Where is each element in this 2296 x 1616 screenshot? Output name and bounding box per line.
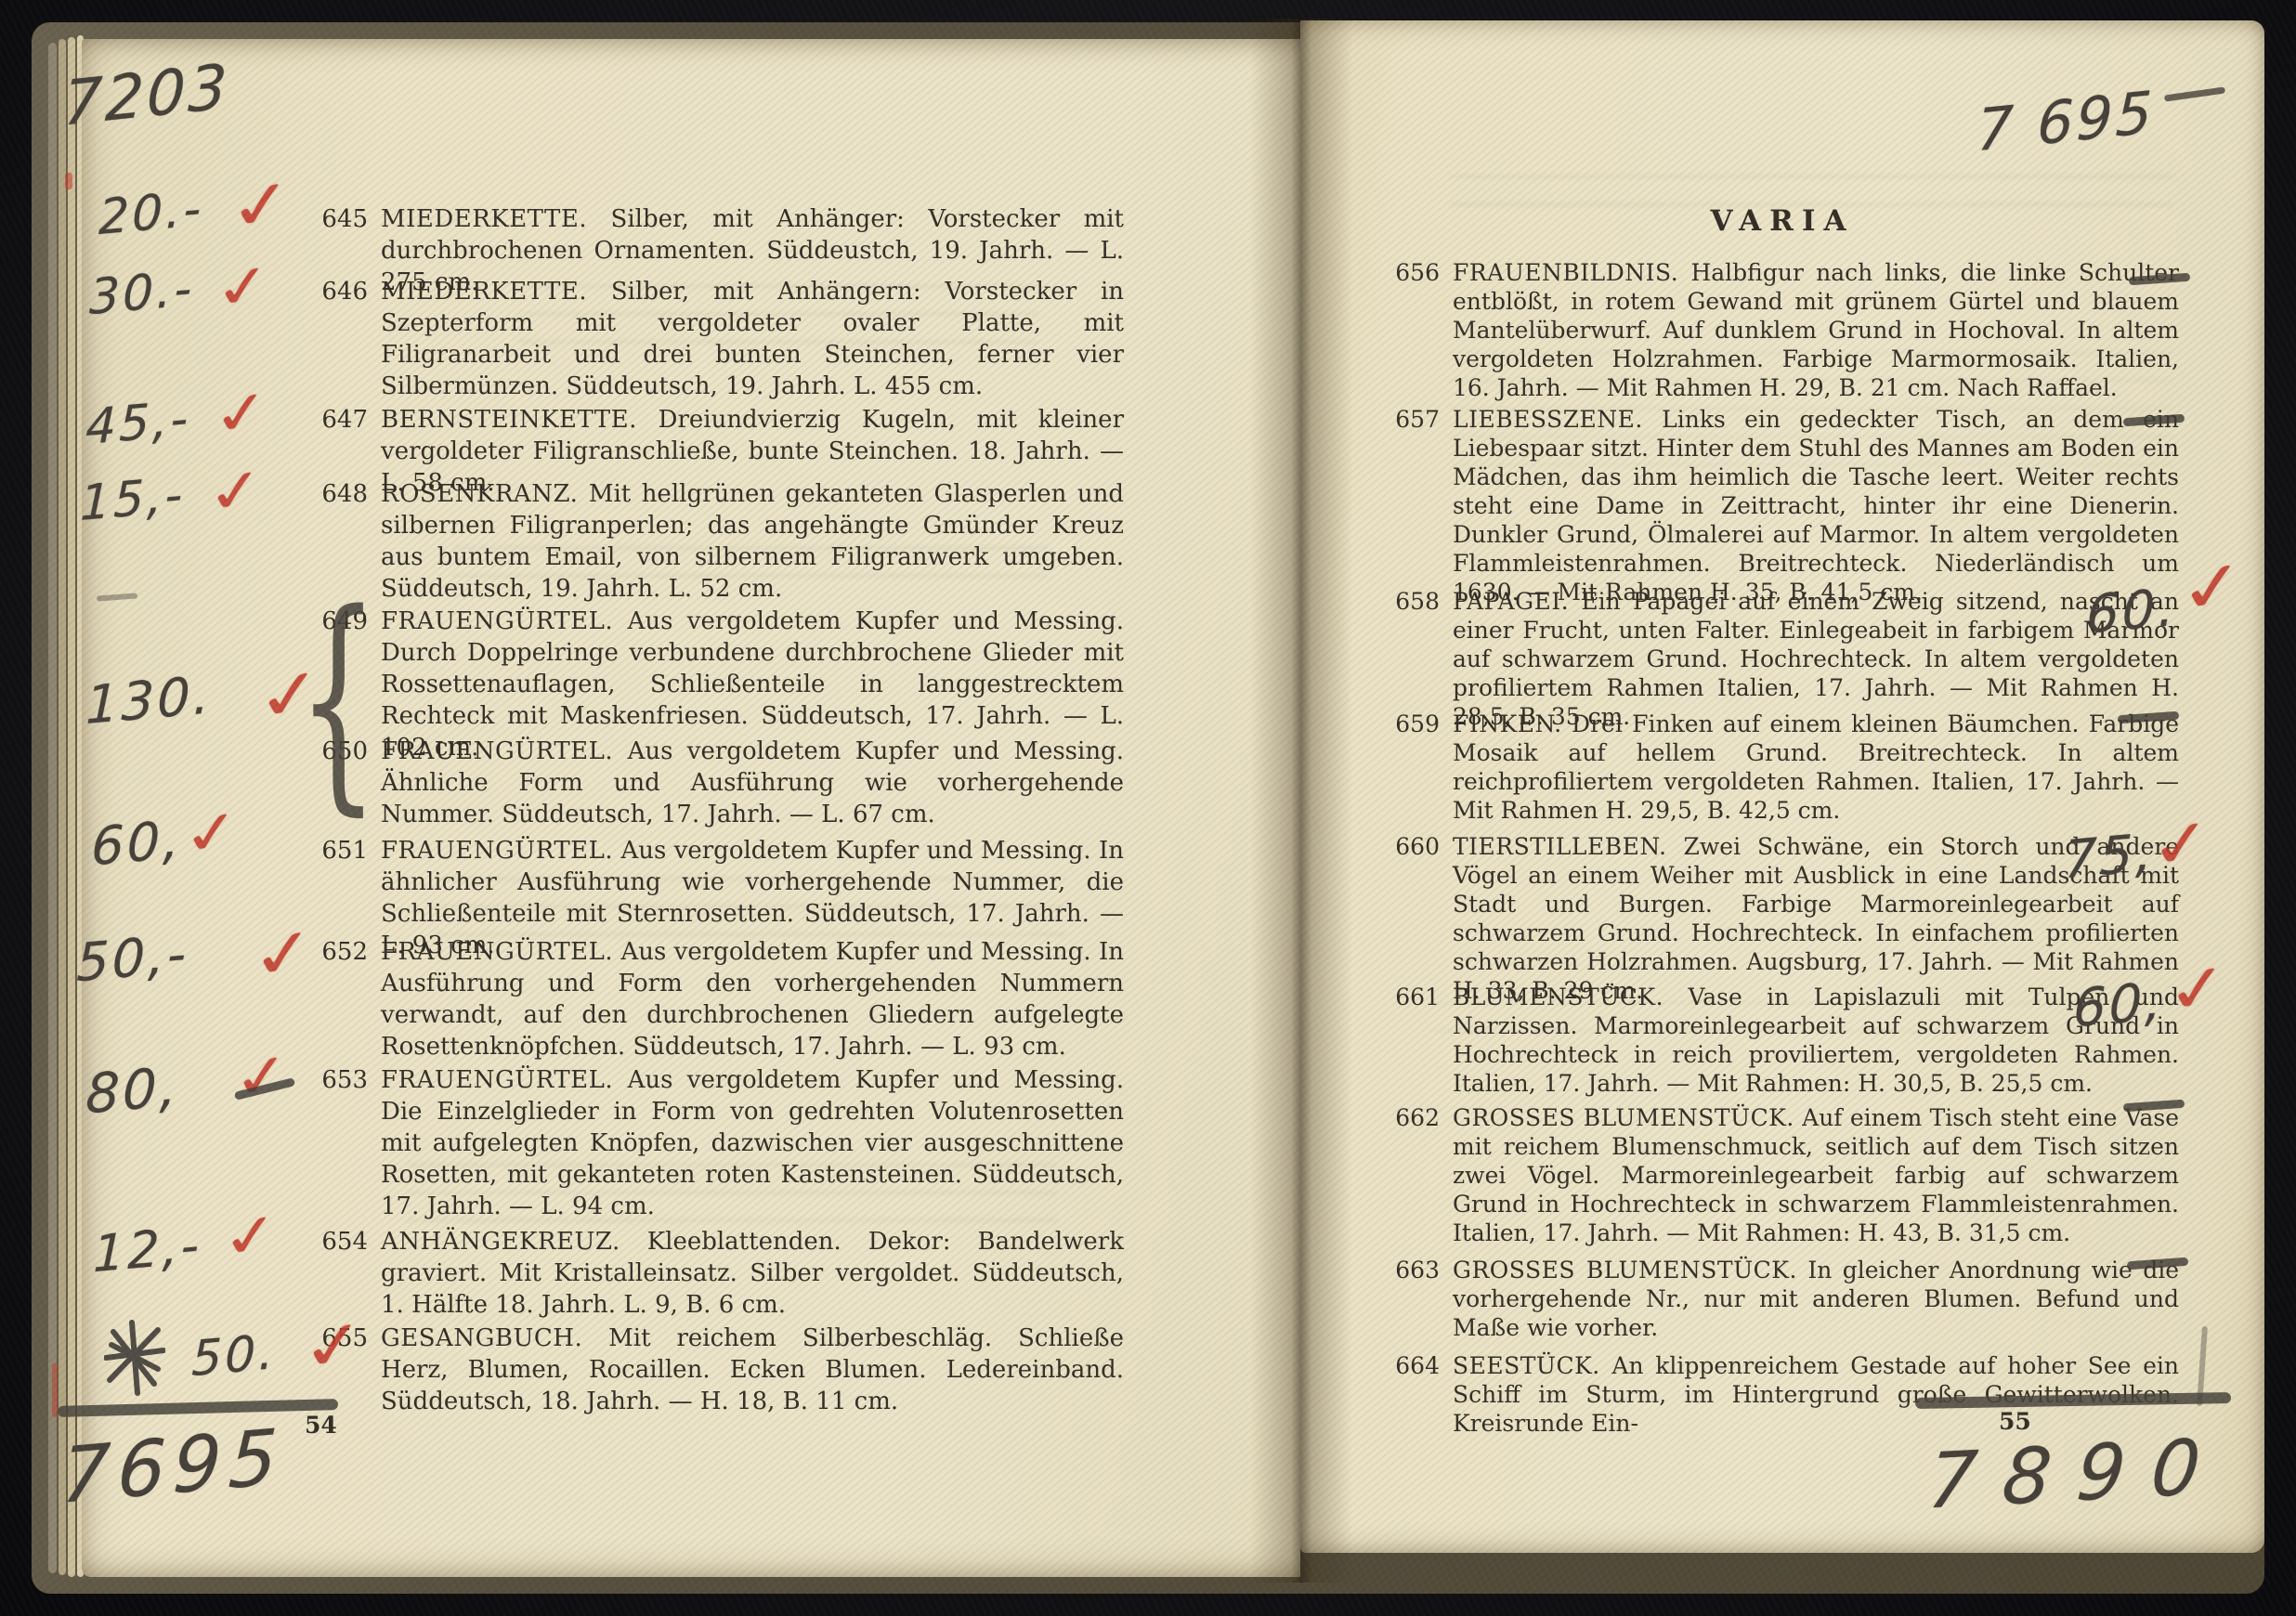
handwritten-price-647: 45,-: [85, 391, 191, 456]
lot-number: 646: [314, 276, 368, 402]
lot-number: 659: [1386, 710, 1440, 825]
handwritten-price-646: 30.-: [89, 261, 195, 326]
red-checkmark-652: ✓: [247, 917, 320, 990]
handwritten-price-648: 15,-: [80, 467, 186, 532]
lot-text: GROSSES BLUMENSTÜCK. In gleicher Anordnu…: [1453, 1256, 2179, 1342]
lot-title: LIEBESSZENE.: [1453, 406, 1643, 433]
red-checkmark-647: ✓: [209, 381, 274, 446]
lot-number: 663: [1386, 1256, 1440, 1342]
lot-title: FRAUENGÜRTEL.: [381, 1066, 613, 1094]
lot-title: FINKEN.: [1453, 710, 1562, 737]
lot-description: Links ein gedeckter Tisch, an dem ein Li…: [1453, 406, 2179, 606]
lot-title: FRAUENBILDNIS.: [1453, 259, 1678, 286]
handwritten-price-649-650: 130.: [85, 665, 213, 736]
lot-title: SEESTÜCK.: [1453, 1352, 1600, 1379]
red-edge-mark: [52, 1363, 58, 1417]
red-edge-mark: [65, 173, 72, 189]
lot-number: 656: [1386, 258, 1440, 402]
lot-title: FRAUENGÜRTEL.: [381, 737, 613, 765]
lot-title: BERNSTEINKETTE.: [381, 406, 637, 434]
lot-title: MIEDERKETTE.: [381, 205, 587, 233]
red-checkmark-661: ✓: [2162, 955, 2234, 1026]
red-checkmark-646: ✓: [211, 254, 276, 319]
catalog-entry-646: 646 MIEDERKETTE. Silber, mit Anhängern: …: [314, 276, 1124, 402]
page-number-55: 55: [1999, 1408, 2031, 1435]
handwritten-price-658: 60.: [2086, 578, 2178, 646]
lot-title: PAPAGEI.: [1453, 588, 1569, 615]
red-checkmark-648: ✓: [203, 459, 268, 524]
handwritten-price-660: 75,: [2064, 823, 2156, 892]
lot-text: ANHÄNGEKREUZ. Kleeblattenden. Dekor: Ban…: [381, 1226, 1124, 1321]
handwritten-total-right: 7890: [1924, 1422, 2230, 1526]
lot-text: MIEDERKETTE. Silber, mit Anhängern: Vors…: [381, 276, 1124, 402]
catalog-entry-657: 657 LIEBESSZENE. Links ein gedeckter Tis…: [1386, 405, 2179, 606]
lot-number: 657: [1386, 405, 1440, 606]
page-stack-edge: [68, 37, 75, 1577]
lot-text: FRAUENGÜRTEL. Aus vergoldetem Kupfer und…: [381, 936, 1124, 1062]
scratched-out-price-655: [104, 1319, 165, 1399]
lot-number: 664: [1386, 1351, 1440, 1438]
lot-title: GROSSES BLUMENSTÜCK.: [1453, 1104, 1794, 1131]
handwritten-price-661: 60,: [2073, 971, 2165, 1040]
lot-title: FRAUENGÜRTEL.: [381, 837, 613, 865]
catalog-entry-650: 650 FRAUENGÜRTEL. Aus vergoldetem Kupfer…: [314, 736, 1124, 830]
page-stack-edge: [59, 39, 66, 1575]
catalog-entry-652: 652 FRAUENGÜRTEL. Aus vergoldetem Kupfer…: [314, 936, 1124, 1062]
lot-text: BLUMENSTÜCK. Vase in Lapislazuli mit Tul…: [1453, 983, 2179, 1098]
lot-title: ROSENKRANZ.: [381, 480, 578, 508]
grouping-brace-649-650: {: [297, 583, 379, 817]
lot-text: GESANGBUCH. Mit reichem Silberbeschläg. …: [381, 1323, 1124, 1417]
lot-text: FRAUENBILDNIS. Halbfigur nach links, die…: [1453, 258, 2179, 402]
red-checkmark-645: ✓: [225, 168, 298, 241]
red-checkmark-655: ✓: [297, 1309, 371, 1382]
ink-showthrough: [1449, 171, 2173, 206]
lot-title: ANHÄNGEKREUZ.: [381, 1228, 620, 1256]
lot-number: 652: [314, 936, 368, 1062]
section-header: VARIA: [1386, 204, 2179, 238]
red-checkmark-651: ✓: [179, 801, 244, 866]
handwritten-price-651: 60,: [91, 810, 183, 879]
lot-number: 653: [314, 1064, 368, 1222]
handwritten-price-645: 20.-: [98, 181, 204, 246]
red-checkmark-654: ✓: [218, 1204, 283, 1269]
handwritten-price-653: 80,: [85, 1054, 180, 1126]
lot-title: BLUMENSTÜCK.: [1453, 984, 1663, 1010]
catalog-entry-654: 654 ANHÄNGEKREUZ. Kleeblattenden. Dekor:…: [314, 1226, 1124, 1321]
catalog-page-55: VARIA 656 FRAUENBILDNIS. Halbfigur nach …: [1300, 20, 2264, 1553]
handwritten-price-652: 50,-: [76, 924, 189, 995]
lot-title: GROSSES BLUMENSTÜCK.: [1453, 1257, 1797, 1284]
catalog-entry-656: 656 FRAUENBILDNIS. Halbfigur nach links,…: [1386, 258, 2179, 402]
lot-text: GROSSES BLUMENSTÜCK. Auf einem Tisch ste…: [1453, 1103, 2179, 1247]
handwritten-price-654: 12,-: [93, 1216, 202, 1284]
lot-title: TIERSTILLEBEN.: [1453, 833, 1667, 860]
lot-title: FRAUENGÜRTEL.: [381, 607, 613, 635]
red-checkmark-658: ✓: [2174, 549, 2250, 624]
page-stack-edge: [48, 43, 57, 1573]
catalog-entry-648: 648 ROSENKRANZ. Mit hellgrünen gekantete…: [314, 478, 1124, 605]
lot-number: 661: [1386, 983, 1440, 1098]
catalog-entry-655: 655 GESANGBUCH. Mit reichem Silberbeschl…: [314, 1323, 1124, 1417]
catalog-entry-660: 660 TIERSTILLEBEN. Zwei Schwäne, ein Sto…: [1386, 832, 2179, 1005]
catalog-entry-653: 653 FRAUENGÜRTEL. Aus vergoldetem Kupfer…: [314, 1064, 1124, 1222]
lot-number: 662: [1386, 1103, 1440, 1247]
catalog-entry-661: 661 BLUMENSTÜCK. Vase in Lapislazuli mit…: [1386, 983, 2179, 1098]
catalog-entry-659: 659 FINKEN. Drei Finken auf einem kleine…: [1386, 710, 2179, 825]
red-checkmark-660: ✓: [2146, 810, 2217, 881]
handwritten-price-655: 50.: [191, 1324, 277, 1388]
book-scan: 645 MIEDERKETTE. Silber, mit Anhänger: V…: [0, 0, 2296, 1616]
lot-title: GESANGBUCH.: [381, 1324, 582, 1352]
lot-text: ROSENKRANZ. Mit hellgrünen gekanteten Gl…: [381, 478, 1124, 605]
lot-title: MIEDERKETTE.: [381, 278, 587, 306]
lot-text: FRAUENGÜRTEL. Aus vergoldetem Kupfer und…: [381, 1064, 1124, 1222]
catalog-entry-663: 663 GROSSES BLUMENSTÜCK. In gleicher Ano…: [1386, 1256, 2179, 1342]
lot-text: FINKEN. Drei Finken auf einem kleinen Bä…: [1453, 710, 2179, 825]
lot-description: Drei Finken auf einem kleinen Bäumchen. …: [1453, 710, 2179, 824]
lot-text: LIEBESSZENE. Links ein gedeckter Tisch, …: [1453, 405, 2179, 606]
lot-title: FRAUENGÜRTEL.: [381, 938, 613, 966]
lot-text: FRAUENGÜRTEL. Aus vergoldetem Kupfer und…: [381, 736, 1124, 830]
catalog-entry-662: 662 GROSSES BLUMENSTÜCK. Auf einem Tisch…: [1386, 1103, 2179, 1247]
page-number-54: 54: [305, 1412, 337, 1439]
lot-number: 660: [1386, 832, 1440, 1005]
